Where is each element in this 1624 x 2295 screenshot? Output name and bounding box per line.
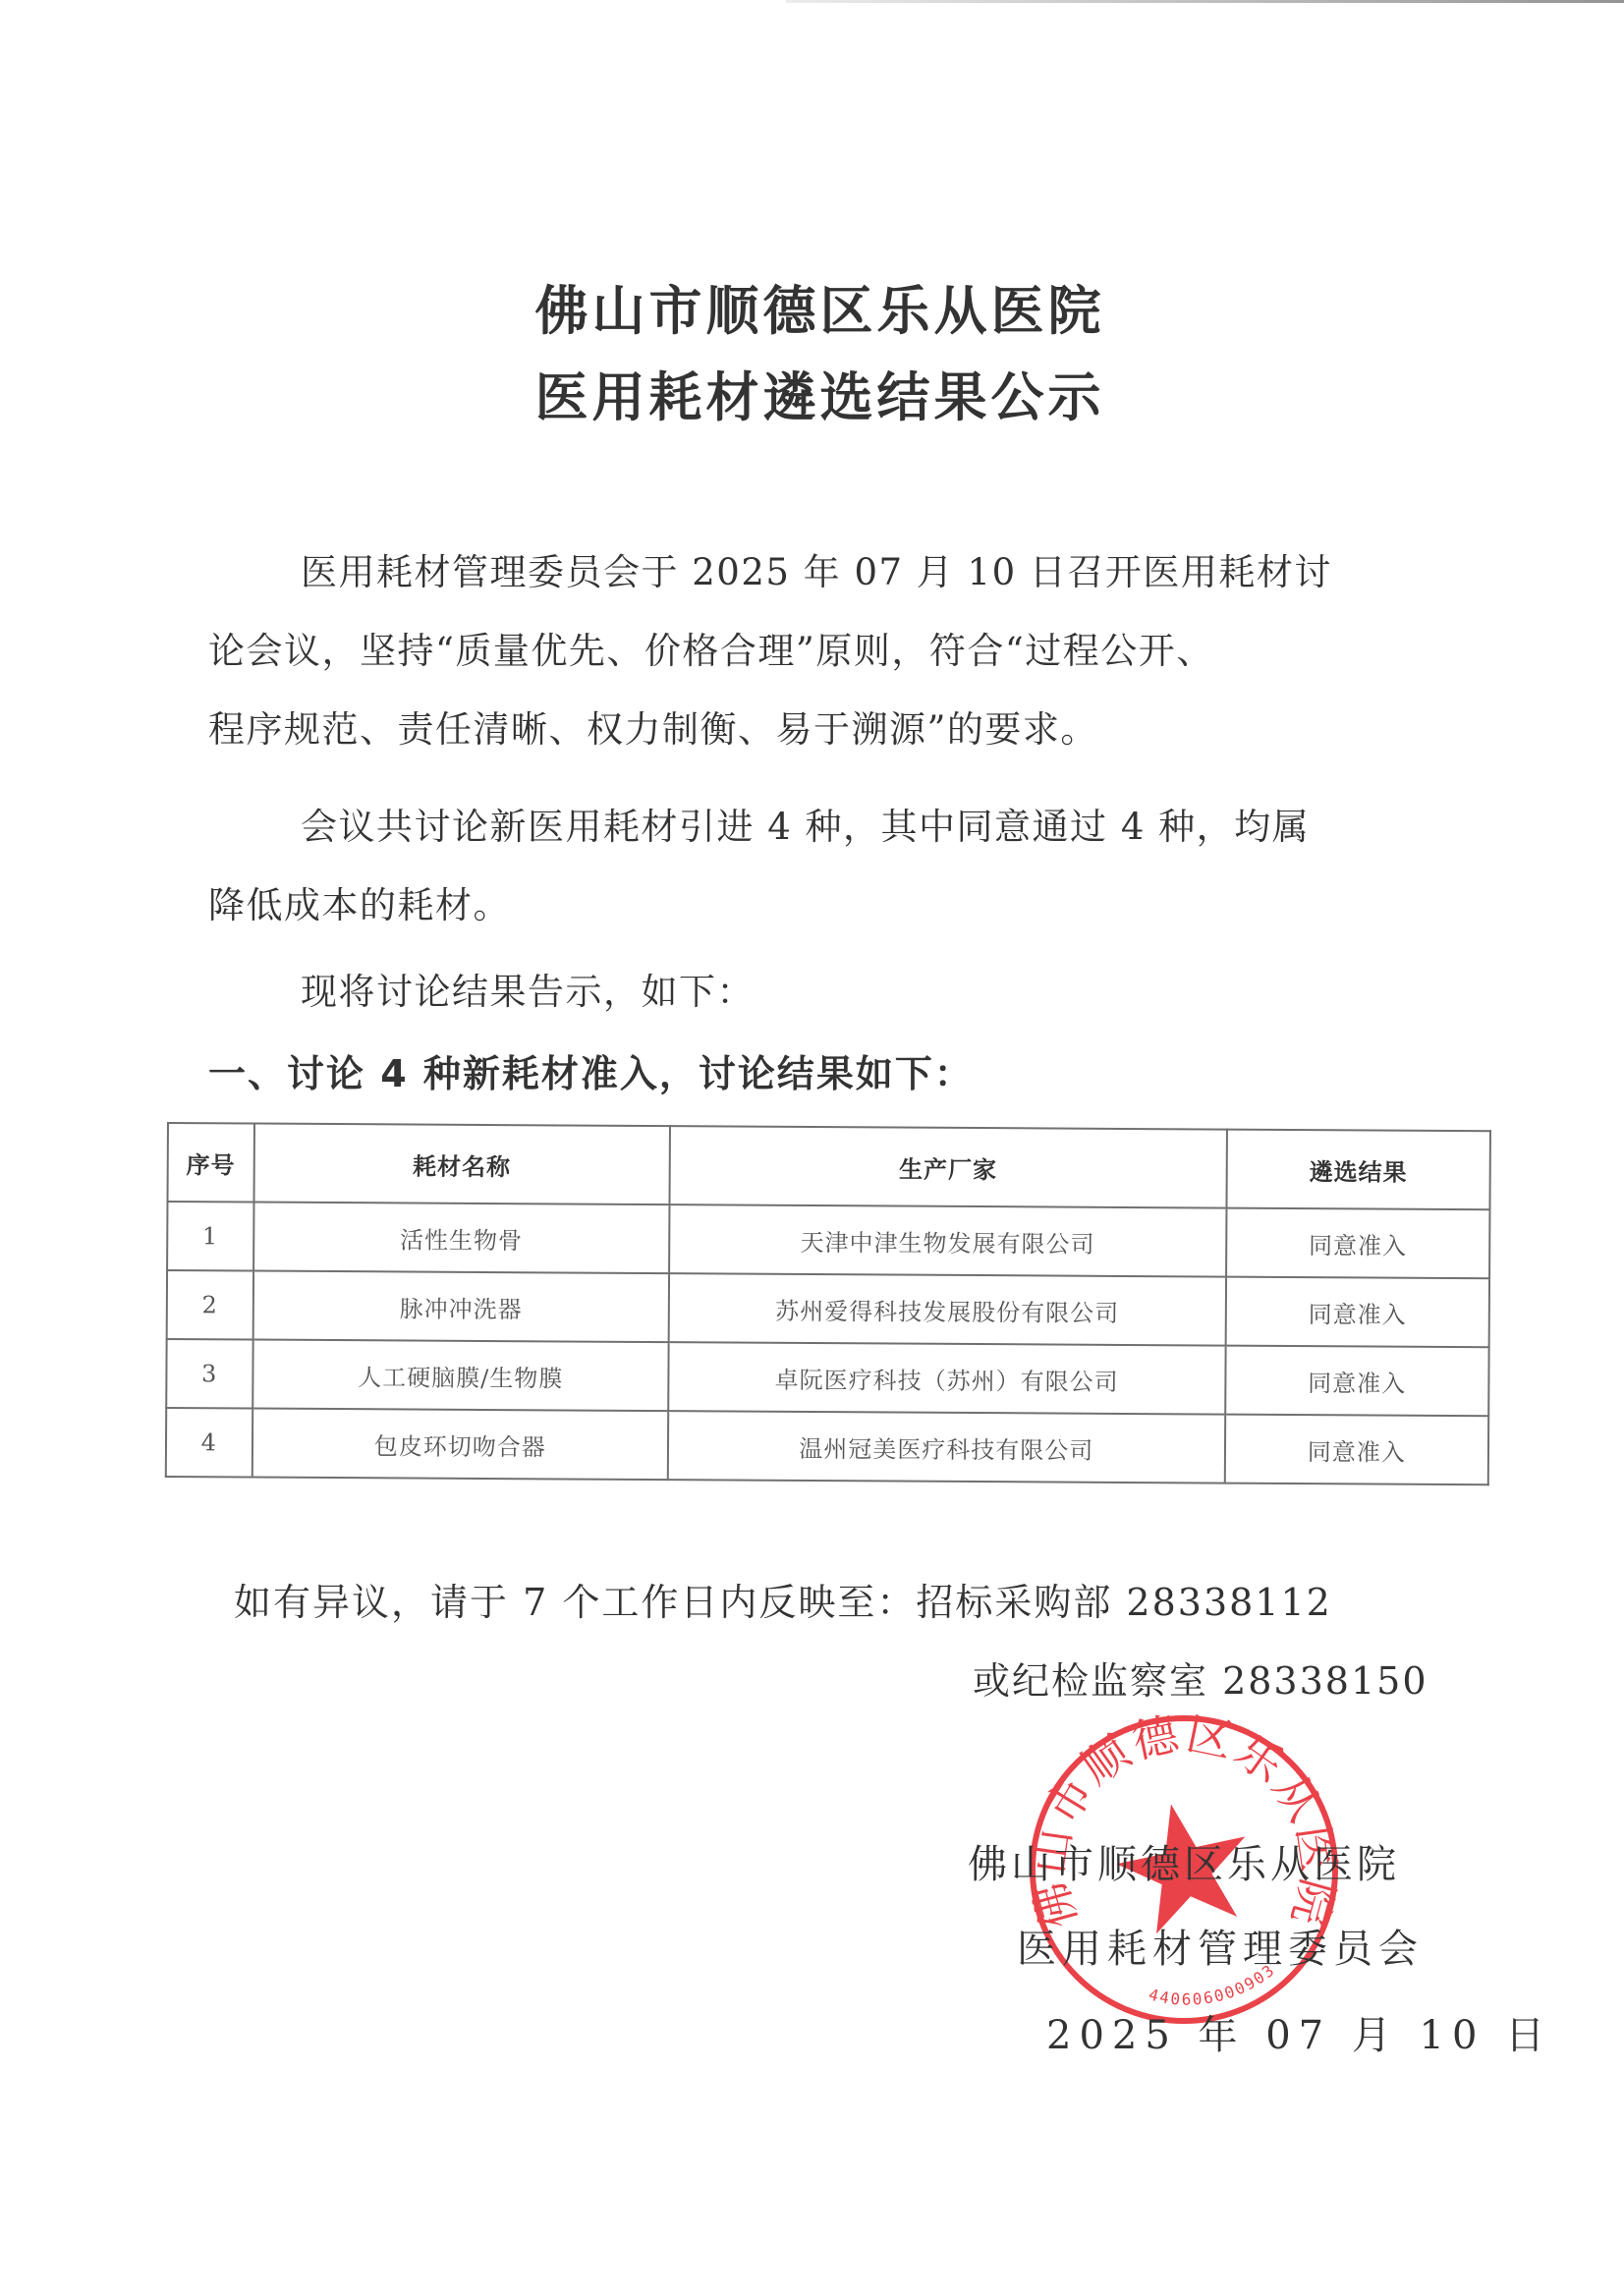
signature-date: 2025 年 07 月 10 日 [1046,2004,1552,2060]
cell-manufacturer: 卓阮医疗科技（苏州）有限公司 [668,1342,1225,1414]
paragraph-2-line-1: 会议共讨论新医用耗材引进 4 种，其中同意通过 4 种，均属 [301,808,1310,847]
cell-name: 脉冲冲洗器 [252,1271,669,1343]
cell-name: 包皮环切吻合器 [252,1409,668,1481]
cell-result: 同意准入 [1226,1208,1490,1279]
cell-manufacturer: 苏州爱得科技发展股份有限公司 [669,1273,1226,1345]
table-header-row: 序号 耗材名称 生产厂家 遴选结果 [168,1123,1490,1209]
header-result: 遴选结果 [1226,1130,1490,1210]
table-row: 4 包皮环切吻合器 温州冠美医疗科技有限公司 同意准入 [166,1408,1488,1484]
cell-manufacturer: 温州冠美医疗科技有限公司 [668,1411,1225,1483]
cell-no: 2 [167,1270,253,1340]
signature-committee: 医用耗材管理委员会 [1017,1918,1424,1974]
table-row: 3 人工硬脑膜/生物膜 卓阮医疗科技（苏州）有限公司 同意准入 [166,1339,1488,1416]
paragraph-1-line-1: 医用耗材管理委员会于 2025 年 07 月 10 日召开医用耗材讨 [301,553,1332,592]
cell-result: 同意准入 [1224,1415,1488,1485]
cell-name: 人工硬脑膜/生物膜 [252,1340,669,1412]
scan-edge-line [786,0,1624,3]
table-row: 2 脉冲冲洗器 苏州爱得科技发展股份有限公司 同意准入 [167,1270,1489,1347]
document-title-line1: 佛山市顺德区乐从医院 [8,283,1624,340]
cell-result: 同意准入 [1225,1277,1489,1348]
document-title-line2: 医用耗材遴选结果公示 [8,369,1624,426]
cell-no: 4 [166,1408,252,1478]
table-row: 1 活性生物骨 天津中津生物发展有限公司 同意准入 [167,1202,1489,1278]
contact-line-1: 如有异议，请于 7 个工作日内反映至：招标采购部 28338112 [234,1572,1332,1626]
cell-no: 3 [166,1339,252,1409]
paragraph-1-line-3: 程序规范、责任清晰、权力制衡、易于溯源”的要求。 [208,710,1098,750]
paragraph-3-line-1: 现将讨论结果告示，如下： [301,973,755,1012]
paragraph-2-line-2: 降低成本的耗材。 [208,886,511,925]
header-manufacturer: 生产厂家 [670,1126,1227,1207]
cell-no: 1 [167,1202,253,1271]
paragraph-1-line-2: 论会议，坚持“质量优先、价格合理”原则，符合“过程公开、 [208,632,1214,671]
results-table: 序号 耗材名称 生产厂家 遴选结果 1 活性生物骨 天津中津生物发展有限公司 同… [165,1122,1491,1485]
contact-line-2: 或纪检监察室 28338150 [973,1651,1428,1705]
cell-name: 活性生物骨 [253,1203,670,1274]
section-heading: 一、讨论 4 种新耗材准入，讨论结果如下： [208,1043,974,1097]
cell-result: 同意准入 [1225,1346,1489,1417]
header-name: 耗材名称 [253,1124,670,1205]
signature-org: 佛山市顺德区乐从医院 [968,1833,1400,1889]
header-no: 序号 [168,1123,254,1203]
cell-manufacturer: 天津中津生物发展有限公司 [669,1204,1226,1276]
